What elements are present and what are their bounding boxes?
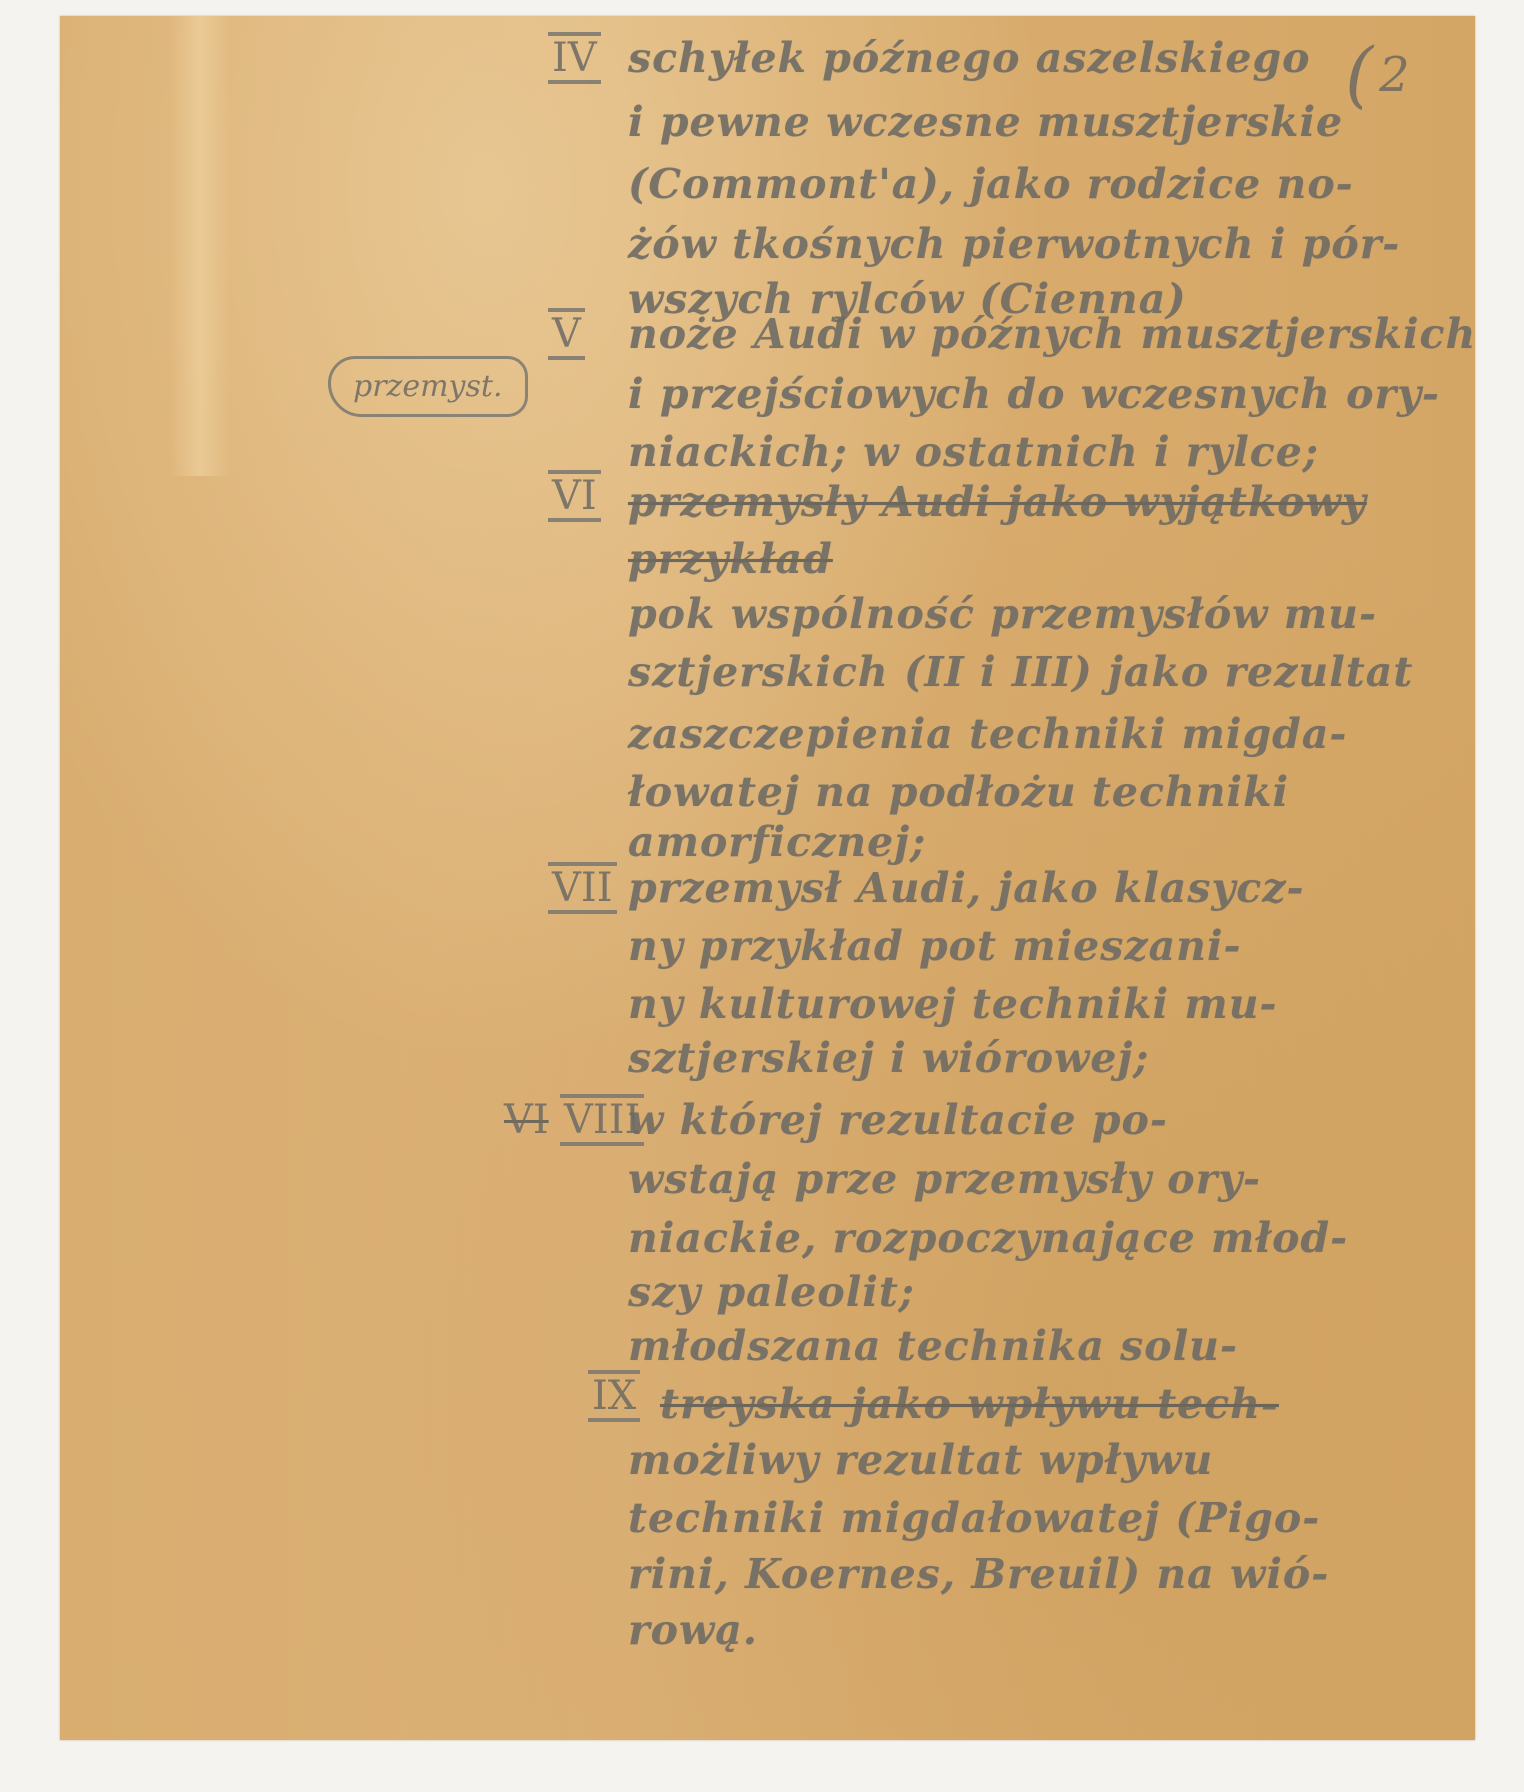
section-numeral-ix: IX [588,1370,640,1422]
struck-text-line: przemysły Audi jako wyjątkowy [628,478,1367,526]
text-line: w której rezultacie po- [628,1096,1168,1144]
section-numeral-vii: VII [548,862,617,914]
paper-fold [170,16,230,476]
text-line: noże Audi w późnych musztjerskich [628,310,1476,358]
text-line: możliwy rezultat wpływu [628,1436,1213,1484]
text-line: treyska jako wpływu tech- [660,1380,1279,1428]
text-line: ny przykład pot mieszani- [628,922,1242,970]
text-line: rini, Koernes, Breuil) na wió- [628,1550,1329,1598]
margin-note-circled: przemyst. [328,356,528,417]
text-line: i pewne wczesne musztjerskie [628,98,1343,146]
text-line: niackie, rozpoczynające młod- [628,1214,1348,1262]
struck-text-line: przykład [628,535,833,583]
text-line: schyłek późnego aszelskiego [628,34,1310,82]
text-line: niackich; w ostatnich i rylce; [628,428,1319,476]
text-line: amorficznej; [628,818,926,866]
page-number: (2 [1345,24,1410,108]
text-line: wstają prze przemysły ory- [628,1155,1261,1203]
text-line: żów tkośnych pierwotnych i pór- [628,220,1400,268]
text-line: rową. [628,1606,758,1654]
section-numeral-vi: VI [548,470,601,522]
struck-section-numeral: VI [500,1098,553,1142]
text-line: sztjerskich (II i III) jako rezultat [628,648,1413,696]
text-line: zaszczepienia techniki migda- [628,710,1347,758]
text-line: pok wspólność przemysłów mu- [628,590,1377,638]
text-line: i przejściowych do wczesnych ory- [628,370,1440,418]
text-line: łowatej na podłożu techniki [628,768,1289,816]
text-line: szy paleolit; [628,1268,915,1316]
page-number-bracket: ( [1345,32,1373,116]
text-line: techniki migdałowatej (Pigo- [628,1494,1320,1542]
text-line: (Commont'a), jako rodzice no- [628,160,1354,208]
text-line: sztjerskiej i wiórowej; [628,1034,1149,1082]
section-numeral-v: V [548,308,585,360]
text-line: młodszana technika solu- [628,1322,1238,1370]
text-line: przemysł Audi, jako klasycz- [628,864,1305,912]
text-line: ny kulturowej techniki mu- [628,980,1278,1028]
section-numeral-iv: IV [548,32,601,84]
